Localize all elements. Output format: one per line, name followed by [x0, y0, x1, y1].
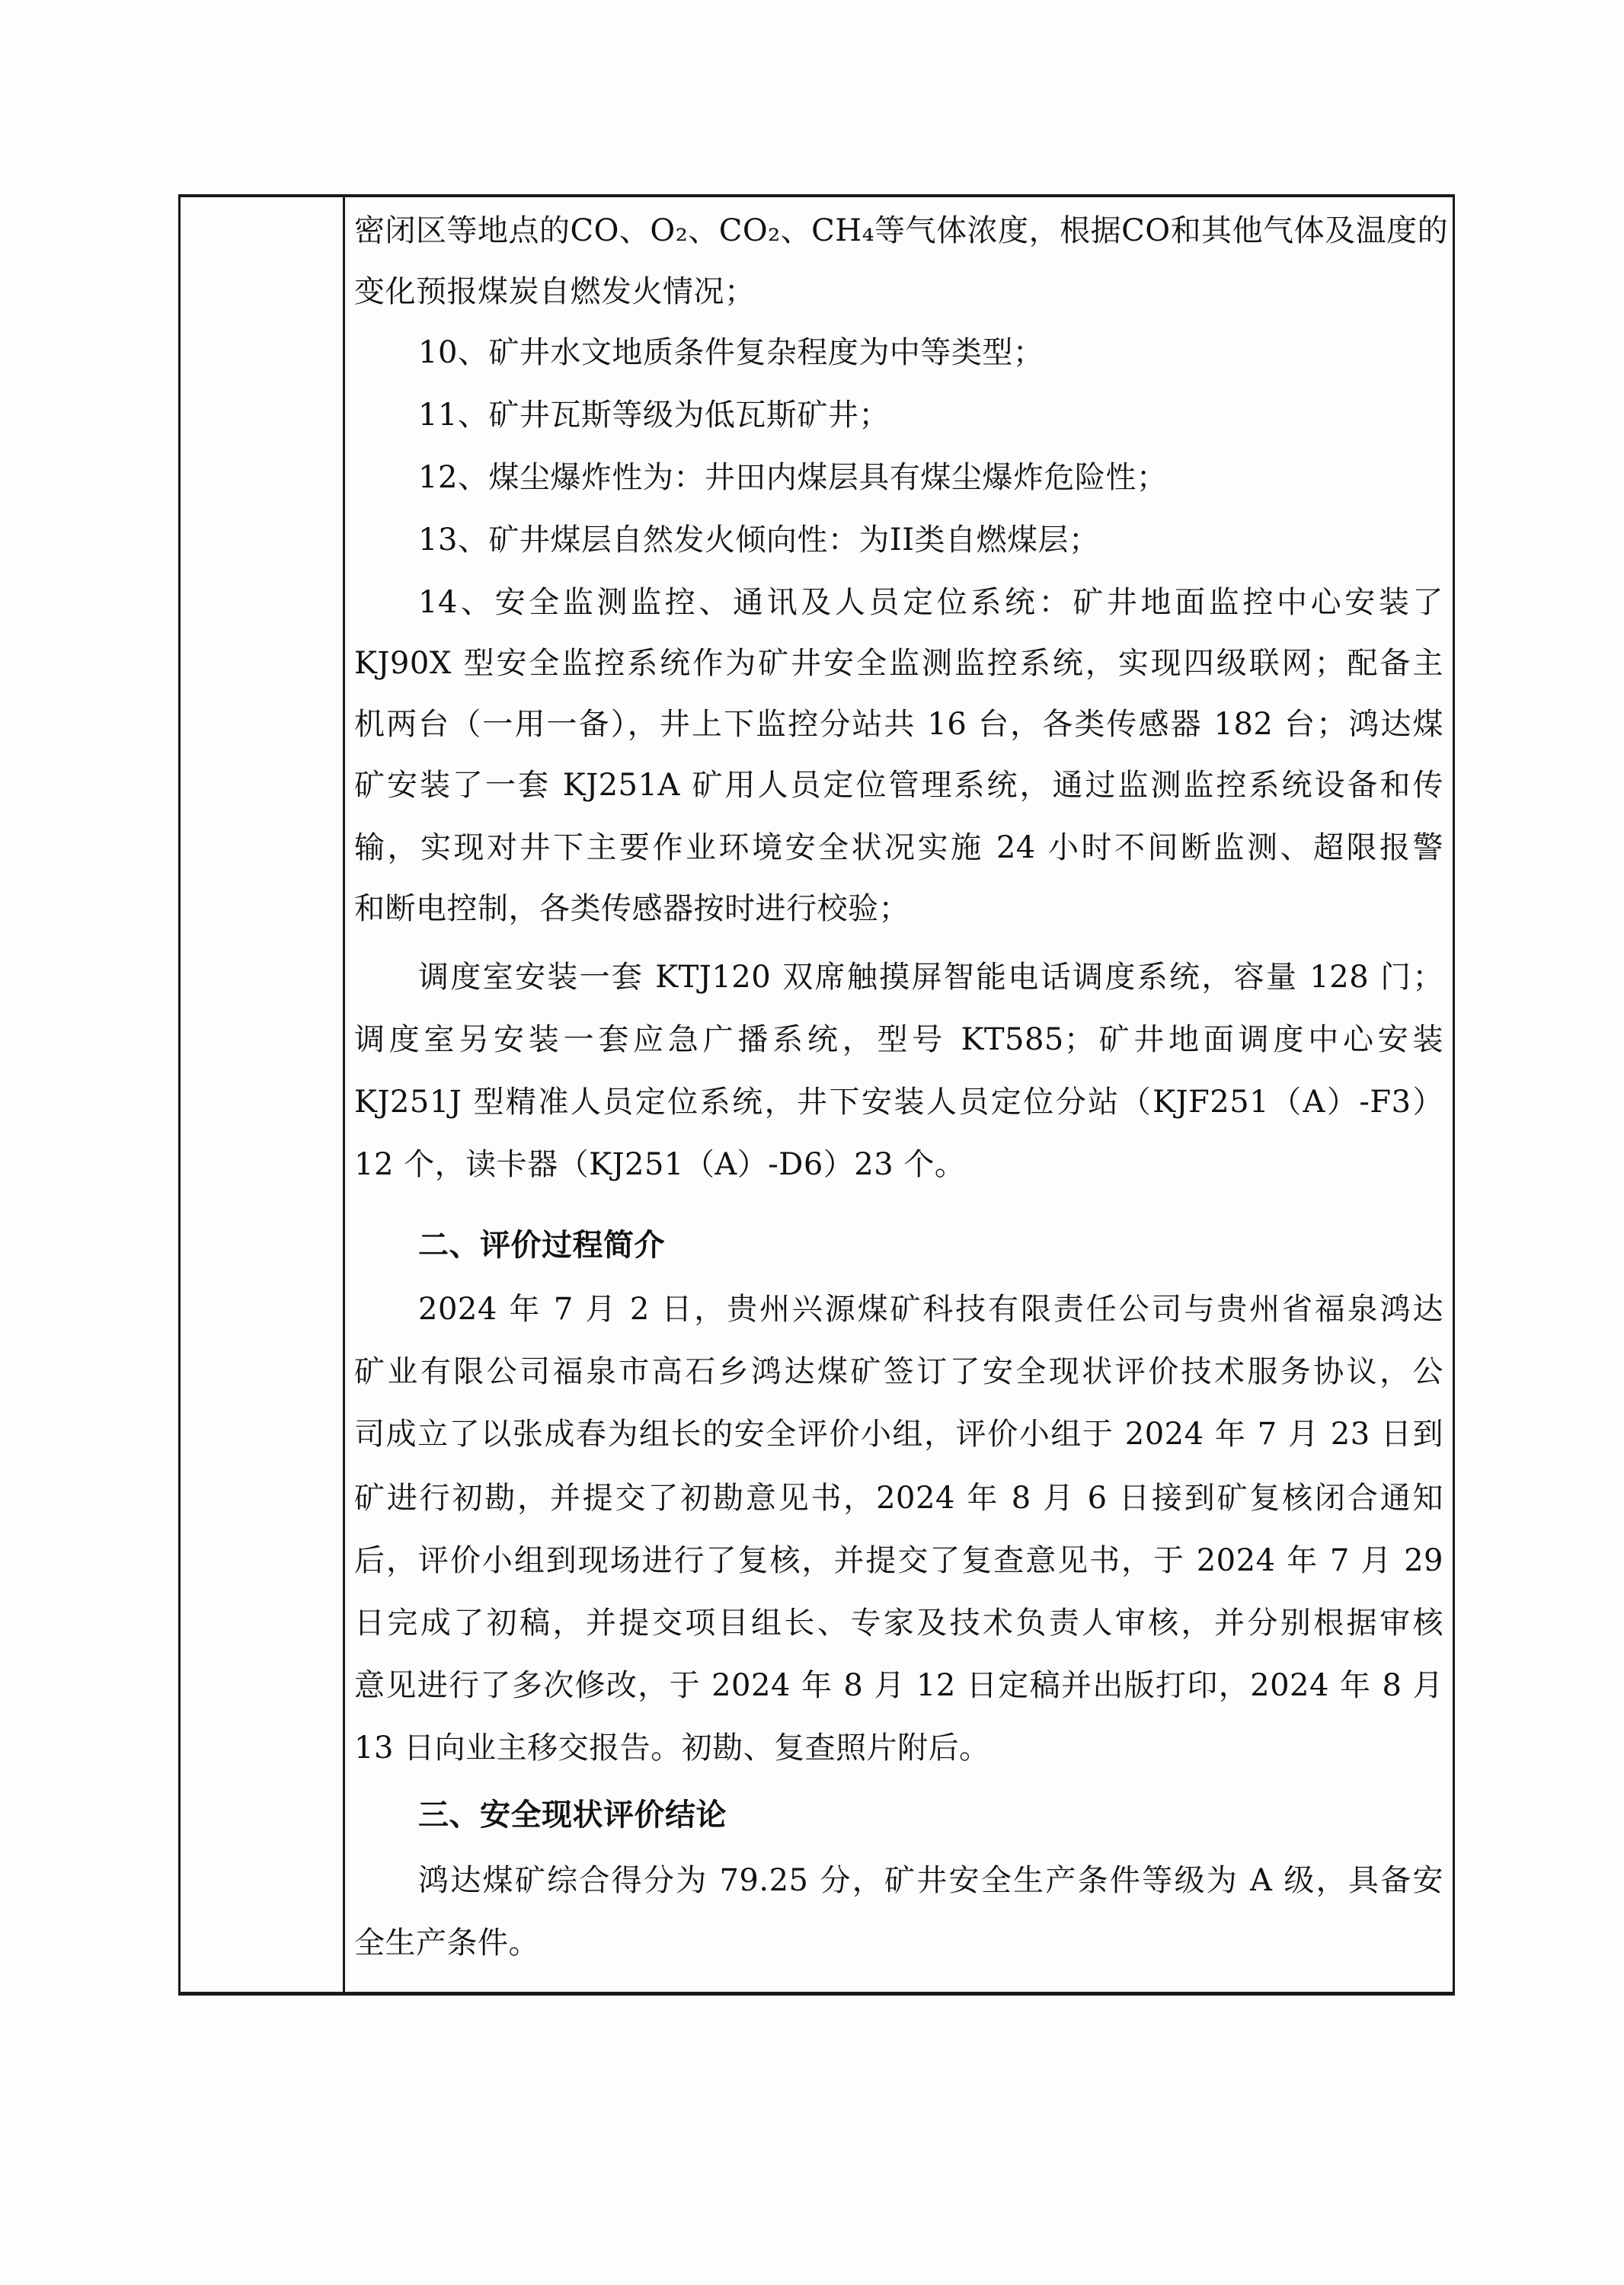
- text-line: 调度室另安装一套应急广播系统，型号 KT585；矿井地面调度中心安装: [354, 1021, 1443, 1058]
- text-line: 矿进行初勘，并提交了初勘意见书，2024 年 8 月 6 日接到矿复核闭合通知: [354, 1480, 1443, 1516]
- table-left-cell: [181, 197, 345, 1992]
- text-line: 矿安装了一套 KJ251A 矿用人员定位管理系统，通过监测监控系统设备和传: [354, 767, 1443, 804]
- list-item: 14、安全监测监控、通讯及人员定位系统：矿井地面监控中心安装了: [418, 584, 1443, 621]
- text-line: 13 日向业主移交报告。初勘、复查照片附后。: [354, 1730, 1443, 1766]
- text-line: 调度室安装一套 KTJ120 双席触摸屏智能电话调度系统，容量 128 门；: [418, 959, 1443, 995]
- text-line: KJ90X 型安全监控系统作为矿井安全监测监控系统，实现四级联网；配备主: [354, 645, 1443, 682]
- list-item: 10、矿井水文地质条件复杂程度为中等类型；: [418, 334, 1507, 371]
- document-page: 密闭区等地点的CO、O₂、CO₂、CH₄等气体浓度，根据CO和其他气体及温度的 …: [0, 0, 1624, 2285]
- text-line: KJ251J 型精准人员定位系统，井下安装人员定位分站（KJF251（A）-F3…: [354, 1084, 1443, 1120]
- table-content-cell: 密闭区等地点的CO、O₂、CO₂、CH₄等气体浓度，根据CO和其他气体及温度的 …: [354, 197, 1443, 1992]
- report-table: 密闭区等地点的CO、O₂、CO₂、CH₄等气体浓度，根据CO和其他气体及温度的 …: [178, 194, 1455, 1996]
- text-line: 12 个，读卡器（KJ251（A）-D6）23 个。: [354, 1146, 1443, 1183]
- text-line: 矿业有限公司福泉市高石乡鸿达煤矿签订了安全现状评价技术服务协议，公: [354, 1353, 1443, 1390]
- text-line: 鸿达煤矿综合得分为 79.25 分，矿井安全生产条件等级为 A 级，具备安: [418, 1862, 1443, 1899]
- section-heading: 三、安全现状评价结论: [418, 1797, 1507, 1833]
- text-line: 2024 年 7 月 2 日，贵州兴源煤矿科技有限责任公司与贵州省福泉鸿达: [418, 1291, 1443, 1328]
- list-item: 13、矿井煤层自然发火倾向性：为II类自燃煤层；: [418, 522, 1507, 558]
- section-heading: 二、评价过程简介: [418, 1227, 1507, 1264]
- list-item: 11、矿井瓦斯等级为低瓦斯矿井；: [418, 397, 1507, 433]
- text-line: 密闭区等地点的CO、O₂、CO₂、CH₄等气体浓度，根据CO和其他气体及温度的: [354, 213, 1443, 249]
- text-line: 机两台（一用一备），井上下监控分站共 16 台，各类传感器 182 台；鸿达煤: [354, 706, 1443, 743]
- text-line: 意见进行了多次修改，于 2024 年 8 月 12 日定稿并出版打印，2024 …: [354, 1667, 1443, 1704]
- list-item: 12、煤尘爆炸性为：井田内煤层具有煤尘爆炸危险性；: [418, 459, 1507, 496]
- text-line: 全生产条件。: [354, 1925, 1443, 1961]
- text-line: 司成立了以张成春为组长的安全评价小组，评价小组于 2024 年 7 月 23 日…: [354, 1416, 1443, 1452]
- text-line: 日完成了初稿，并提交项目组长、专家及技术负责人审核，并分别根据审核: [354, 1605, 1443, 1641]
- text-line: 后，评价小组到现场进行了复核，并提交了复查意见书，于 2024 年 7 月 29: [354, 1542, 1443, 1579]
- text-line: 输，实现对井下主要作业环境安全状况实施 24 小时不间断监测、超限报警: [354, 829, 1443, 866]
- text-line: 变化预报煤炭自燃发火情况；: [354, 273, 1443, 310]
- text-line: 和断电控制，各类传感器按时进行校验；: [354, 890, 1443, 927]
